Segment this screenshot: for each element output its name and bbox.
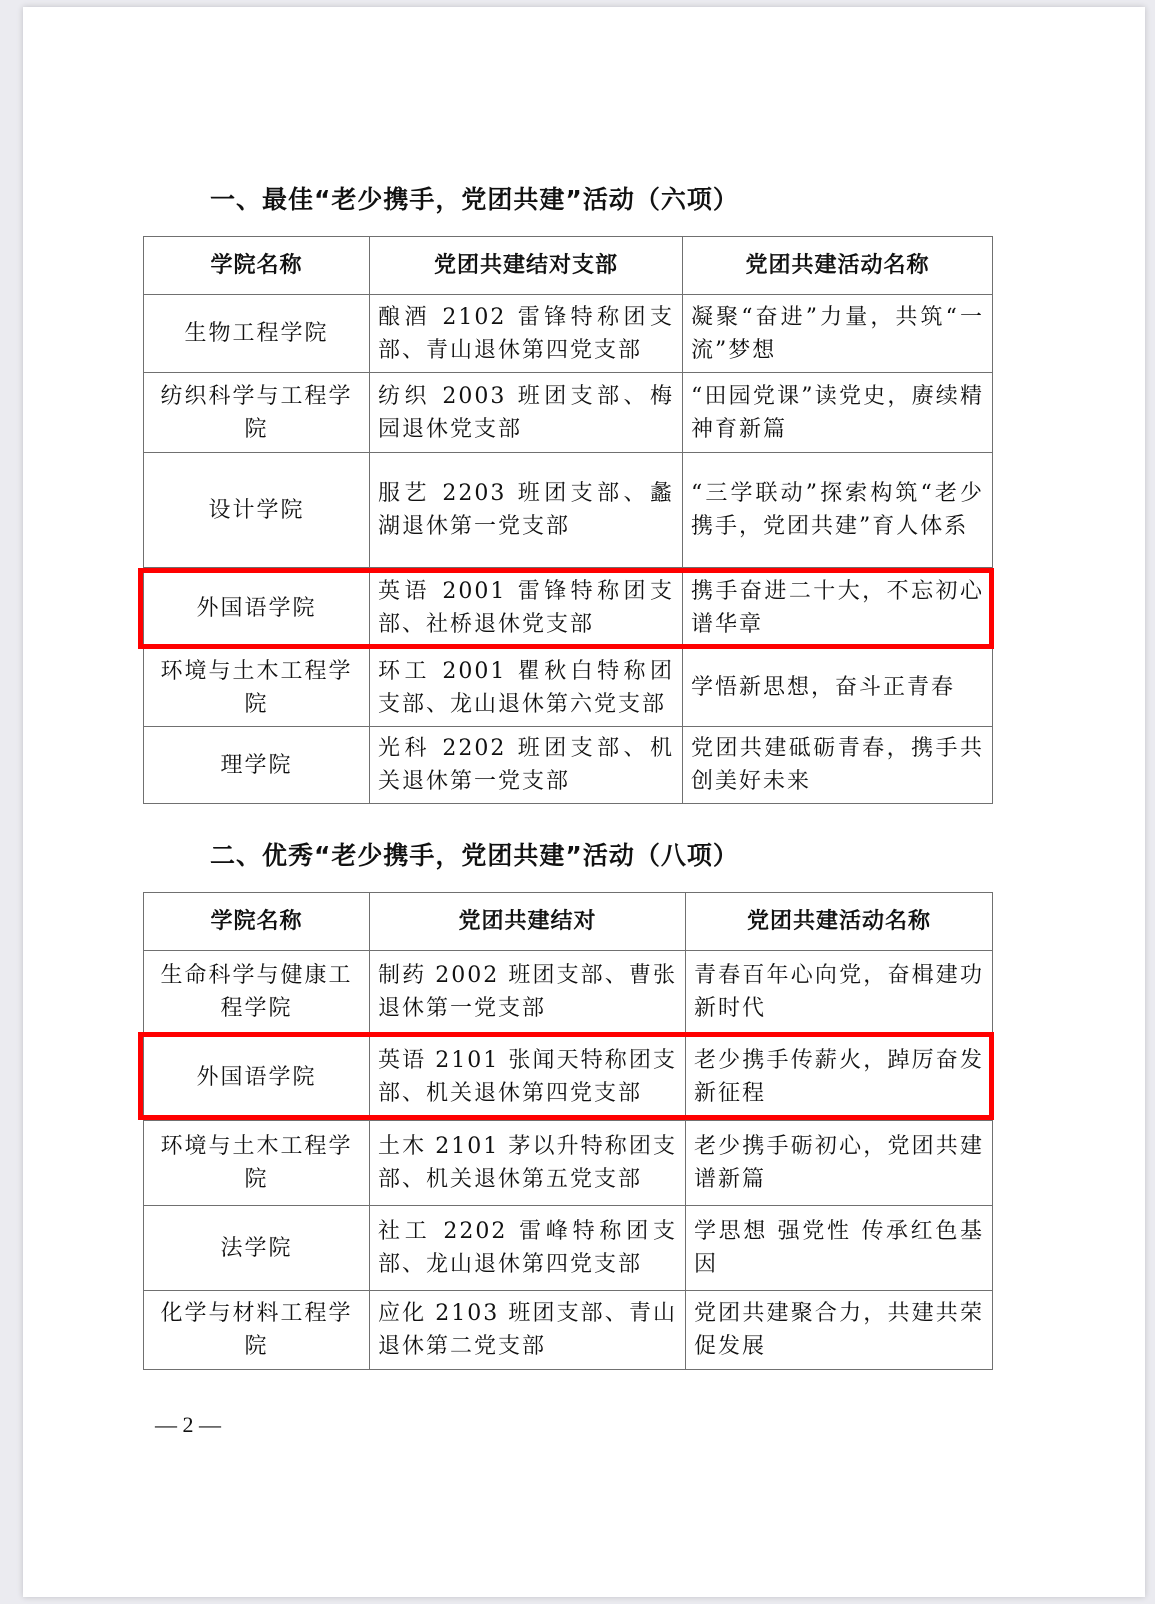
college-cell: 生命科学与健康工程学院 [144,951,370,1034]
college-cell: 外国语学院 [144,568,370,649]
header-college: 学院名称 [144,237,370,295]
branch-cell: 应化 2103 班团支部、青山退休第二党支部 [370,1291,686,1370]
branch-cell: 制药 2002 班团支部、曹张退休第一党支部 [370,951,686,1034]
table-row: 纺织科学与工程学院 纺织 2003 班团支部、梅园退休党支部 “田园党课”读党史… [144,373,993,453]
college-cell: 生物工程学院 [144,295,370,373]
activity-cell: 老少携手传薪火，踔厉奋发新征程 [686,1034,993,1121]
activity-cell: 老少携手砺初心，党团共建谱新篇 [686,1121,993,1206]
activity-cell: 党团共建聚合力，共建共荣促发展 [686,1291,993,1370]
activity-cell: “田园党课”读党史，赓续精神育新篇 [683,373,993,453]
table-header-row: 学院名称 党团共建结对支部 党团共建活动名称 [144,237,993,295]
branch-cell: 英语 2101 张闻天特称团支部、机关退休第四党支部 [370,1034,686,1121]
header-branch: 党团共建结对支部 [370,237,683,295]
activity-cell: 党团共建砥砺青春，携手共创美好未来 [683,727,993,804]
college-cell: 设计学院 [144,453,370,568]
branch-cell: 土木 2101 茅以升特称团支部、机关退休第五党支部 [370,1121,686,1206]
college-cell: 外国语学院 [144,1034,370,1121]
table-row: 生物工程学院 酿酒 2102 雷锋特称团支部、青山退休第四党支部 凝聚“奋进”力… [144,295,993,373]
branch-cell: 环工 2001 瞿秋白特称团支部、龙山退休第六党支部 [370,649,683,727]
activity-cell: 携手奋进二十大，不忘初心谱华章 [683,568,993,649]
college-cell: 环境与土木工程学院 [144,1121,370,1206]
college-cell: 化学与材料工程学院 [144,1291,370,1370]
branch-cell: 光科 2202 班团支部、机关退休第一党支部 [370,727,683,804]
table-row: 设计学院 服艺 2203 班团支部、蠡湖退休第一党支部 “三学联动”探索构筑“老… [144,453,993,568]
branch-cell: 酿酒 2102 雷锋特称团支部、青山退休第四党支部 [370,295,683,373]
branch-cell: 纺织 2003 班团支部、梅园退休党支部 [370,373,683,453]
section1-title: 一、最佳“老少携手，党团共建”活动（六项） [210,180,739,216]
header-activity: 党团共建活动名称 [683,237,993,295]
table-row-highlighted: 外国语学院 英语 2001 雷锋特称团支部、社桥退休党支部 携手奋进二十大，不忘… [144,568,993,649]
table-row-highlighted: 外国语学院 英语 2101 张闻天特称团支部、机关退休第四党支部 老少携手传薪火… [144,1034,993,1121]
header-activity: 党团共建活动名称 [686,893,993,951]
header-branch: 党团共建结对 [370,893,686,951]
header-college: 学院名称 [144,893,370,951]
college-cell: 环境与土木工程学院 [144,649,370,727]
branch-cell: 社工 2202 雷峰特称团支部、龙山退休第四党支部 [370,1206,686,1291]
branch-cell: 服艺 2203 班团支部、蠡湖退休第一党支部 [370,453,683,568]
activity-cell: 凝聚“奋进”力量，共筑“一流”梦想 [683,295,993,373]
activity-cell: 学思想 强党性 传承红色基因 [686,1206,993,1291]
branch-cell: 英语 2001 雷锋特称团支部、社桥退休党支部 [370,568,683,649]
table-row: 环境与土木工程学院 环工 2001 瞿秋白特称团支部、龙山退休第六党支部 学悟新… [144,649,993,727]
table-row: 环境与土木工程学院 土木 2101 茅以升特称团支部、机关退休第五党支部 老少携… [144,1121,993,1206]
page-number: — 2 — [155,1412,221,1438]
table-row: 理学院 光科 2202 班团支部、机关退休第一党支部 党团共建砥砺青春，携手共创… [144,727,993,804]
activity-cell: 青春百年心向党，奋楫建功新时代 [686,951,993,1034]
activity-cell: 学悟新思想，奋斗正青春 [683,649,993,727]
college-cell: 法学院 [144,1206,370,1291]
table-row: 生命科学与健康工程学院 制药 2002 班团支部、曹张退休第一党支部 青春百年心… [144,951,993,1034]
section2-title: 二、优秀“老少携手，党团共建”活动（八项） [210,836,739,872]
section1-table: 学院名称 党团共建结对支部 党团共建活动名称 生物工程学院 酿酒 2102 雷锋… [143,236,993,804]
college-cell: 纺织科学与工程学院 [144,373,370,453]
section2-table: 学院名称 党团共建结对 党团共建活动名称 生命科学与健康工程学院 制药 2002… [143,892,993,1370]
table-row: 化学与材料工程学院 应化 2103 班团支部、青山退休第二党支部 党团共建聚合力… [144,1291,993,1370]
college-cell: 理学院 [144,727,370,804]
activity-cell: “三学联动”探索构筑“老少携手，党团共建”育人体系 [683,453,993,568]
table-header-row: 学院名称 党团共建结对 党团共建活动名称 [144,893,993,951]
table-row: 法学院 社工 2202 雷峰特称团支部、龙山退休第四党支部 学思想 强党性 传承… [144,1206,993,1291]
